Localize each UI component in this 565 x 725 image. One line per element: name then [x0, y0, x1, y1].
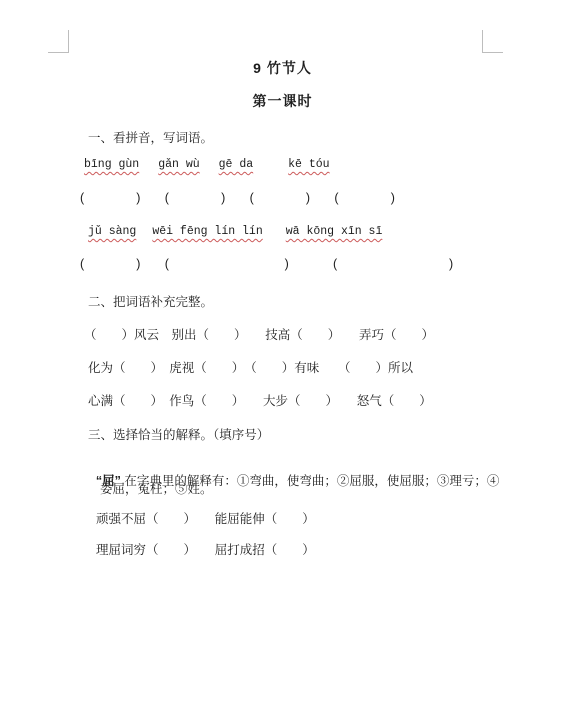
choice-items-row-1: 顽强不屈（ ） 能屈能伸（ ） — [96, 511, 315, 528]
section-three-heading: 三、选择恰当的解释。（填序号） — [88, 427, 269, 444]
pinyin-word: jǔ sàng — [88, 223, 136, 240]
word-completion-row-1: （ ）风云 别出（ ） 技高（ ） 弄巧（ ） — [84, 327, 434, 344]
pinyin-word: wēi fēng lín lín — [152, 223, 262, 240]
section-one-heading: 一、看拼音，写词语。 — [88, 130, 213, 147]
lesson-title: 9 竹节人 — [0, 60, 565, 77]
pinyin-word: kē tóu — [288, 156, 329, 173]
pinyin-word: wā kōng xīn sī — [286, 223, 383, 240]
worksheet-page: 9 竹节人 第一课时 一、看拼音，写词语。 bīng gùn gǎn wù gē… — [0, 0, 565, 725]
word-completion-row-3: 心满（ ） 作鸟（ ） 大步（ ） 怒气（ ） — [88, 393, 432, 410]
definition-line-2: 委屈，冤枉；⑤姓。 — [100, 481, 213, 498]
pinyin-row-1: bīng gùn gǎn wù gē da kē tóu — [84, 156, 330, 173]
pinyin-word: bīng gùn — [84, 156, 139, 173]
answer-blanks-row-2: ( ) ( ) ( ) — [80, 256, 454, 273]
word-completion-row-2: 化为（ ） 虎视（ ） （ ）有味 （ ）所以 — [88, 360, 413, 377]
pinyin-word: gē da — [219, 156, 254, 173]
answer-blanks-row-1: ( ) ( ) ( ) ( ) — [80, 190, 395, 207]
margin-crop-mark-top-right — [482, 30, 503, 53]
margin-crop-mark-top-left — [48, 30, 69, 53]
pinyin-row-2: jǔ sàng wēi fēng lín lín wā kōng xīn sī — [88, 223, 382, 240]
choice-items-row-2: 理屈词穷（ ） 屈打成招（ ） — [96, 542, 315, 559]
section-two-heading: 二、把词语补充完整。 — [88, 294, 213, 311]
pinyin-word: gǎn wù — [158, 156, 199, 173]
lesson-subtitle: 第一课时 — [0, 93, 565, 110]
